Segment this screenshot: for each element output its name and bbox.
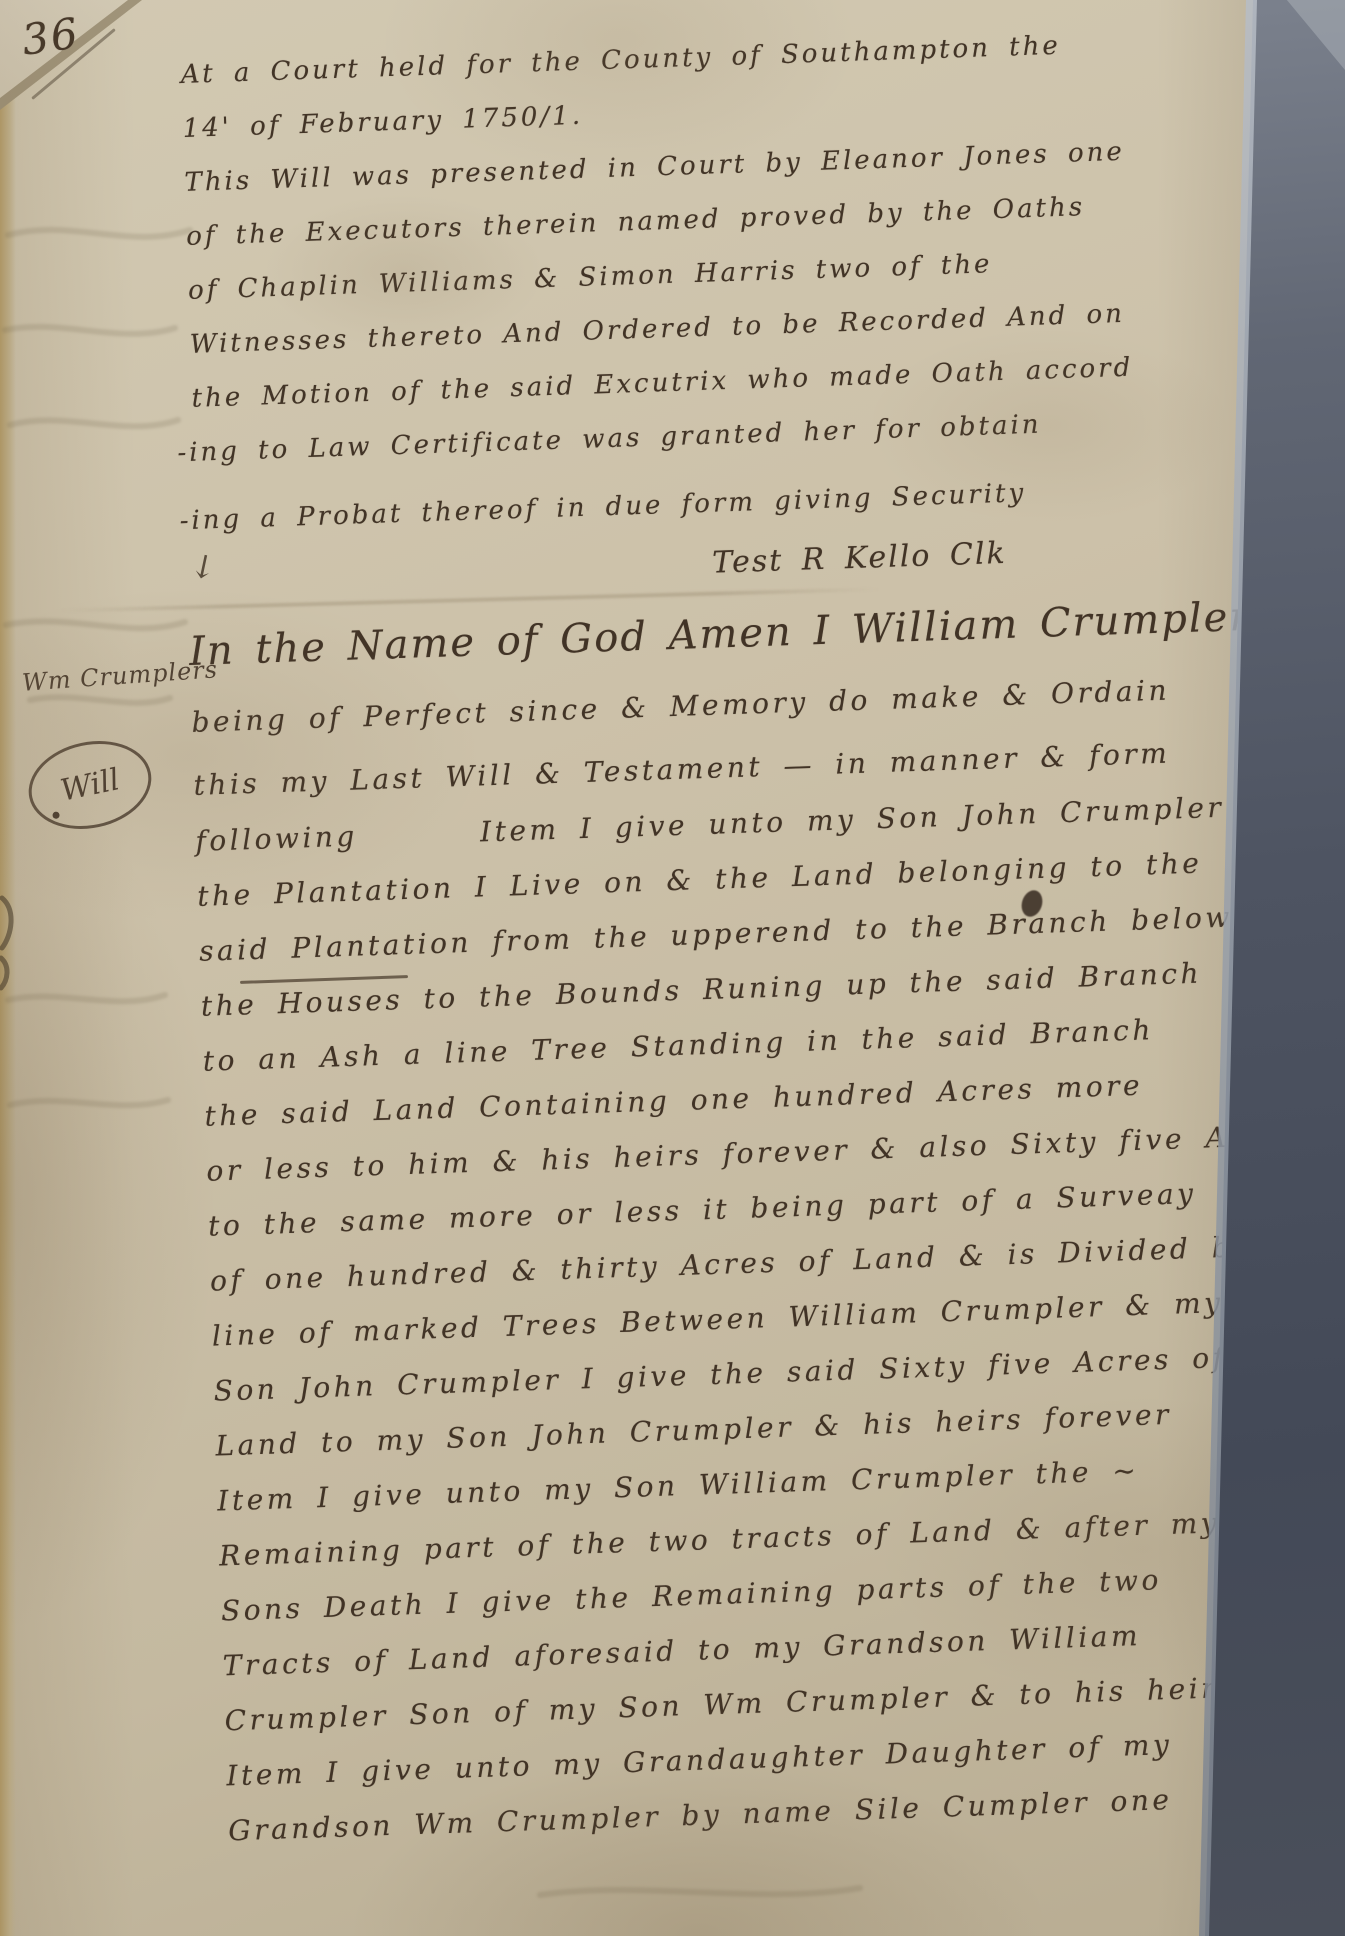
margin-note-will-oval: Will [20,730,159,840]
court-order-paragraph: At a Court held for the County of Southa… [180,16,1158,608]
manuscript-page: 36 At a Court held for the County of Sou… [0,0,1345,1936]
will-text-paragraph: In the Name of God Amen I William Crumpl… [188,580,1309,1858]
ink-dot [52,811,60,819]
clerk-attestation: Test R Kello Clk [711,522,1158,591]
page-gutter-edge [0,0,16,1936]
margin-note-will-label: Will [57,762,122,809]
page-number: 36 [19,8,83,65]
